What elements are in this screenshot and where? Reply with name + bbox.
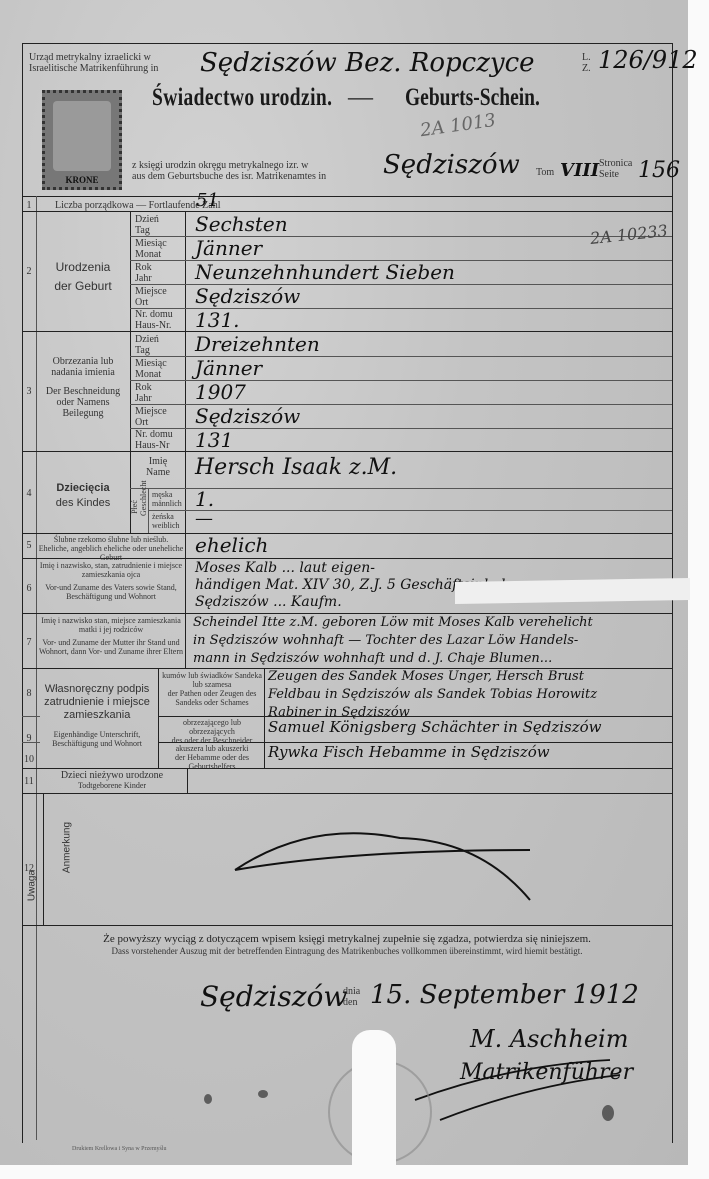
row-6-label-de: Vor-und Zuname des Vaters sowie Stand, B… — [38, 583, 184, 601]
row-1-value: 51 — [196, 190, 219, 211]
row-number: 10 — [24, 754, 34, 765]
field-value: Dreizehnten — [195, 332, 320, 356]
field-label: Nr. domuHaus-Nr. — [135, 309, 173, 331]
text-line: Scheindel Itte z.M. geboren Löw mit Mose… — [193, 614, 671, 632]
page-label: Stronica Seite — [599, 158, 632, 180]
ink-blot — [602, 1105, 614, 1121]
paper-tear — [352, 1030, 396, 1179]
printer-imprint: Drukiem Krellowa i Syna w Przemyślu — [72, 1146, 166, 1152]
row-10-value: Rywka Fisch Hebamme in Sędziszów — [268, 743, 550, 761]
row-divider — [22, 211, 672, 212]
field-label: DzieńTag — [135, 334, 159, 356]
text-line: mann in Sędziszów wohnhaft und d. J. Cha… — [193, 650, 671, 668]
column-divider — [187, 768, 188, 793]
row-11-label-pl: Dzieci nieżywo urodzone — [38, 770, 186, 781]
field-label: DzieńTag — [135, 214, 159, 236]
row-number: 7 — [24, 637, 34, 648]
row-divider — [22, 925, 672, 926]
text-line: Feldbau in Sędziszów als Sandek Tobias H… — [268, 686, 670, 704]
row-5-value: ehelich — [195, 533, 268, 557]
row-divider — [158, 716, 672, 717]
ink-blot — [258, 1090, 268, 1098]
row-3-label-pl: Obrzezania lub nadania imienia — [38, 356, 128, 378]
bottom-spacer — [22, 1140, 672, 1141]
page-value: 156 — [638, 158, 680, 183]
book-label-de: aus dem Geburtsbuche des isr. Matrikenam… — [132, 171, 382, 182]
text-line: in Sędziszów wohnhaft — Tochter des Laza… — [193, 632, 671, 650]
row-number: 4 — [24, 488, 34, 499]
circumciser-label: obrzezającego lub obrzezającychdes oder … — [160, 718, 264, 745]
row-8-label-pl: Własnoręczny podpis zatrudnienie i miejs… — [38, 683, 156, 722]
midwife-label: akuszera lub akuszerkider Hebamme oder d… — [160, 744, 264, 771]
row-7-label: Imię i nazwisko stan, miejsce zamieszkan… — [38, 616, 184, 656]
field-value: Sędziszów — [195, 404, 300, 428]
ink-blot — [204, 1094, 212, 1104]
field-value: Jänner — [195, 356, 262, 380]
row-6-label: Imię i nazwisko, stan, zatrudnienie i mi… — [38, 561, 184, 601]
field-label: Nr. domuHaus-Nr — [135, 429, 173, 451]
row-5-label-pl: Ślubne rzekomo ślubne lub nieślub. — [38, 535, 184, 544]
row-number: 8 — [24, 688, 34, 699]
row-number: 1 — [24, 200, 34, 211]
stamp-label: KRONE — [45, 175, 119, 185]
certification-de: Dass vorstehender Auszug mit der betreff… — [22, 946, 672, 956]
text-line: Moses Kalb ... laut eigen- — [195, 560, 665, 577]
row-number: 3 — [24, 386, 34, 397]
paper-tear — [455, 578, 690, 604]
issue-place: Sędziszów — [200, 980, 347, 1013]
top-border — [22, 43, 672, 44]
row-8-label-de: Eigenhändige Unterschrift, Beschäftigung… — [38, 730, 156, 748]
tom-label: Tom — [536, 167, 554, 178]
field-label: MiesiącMonat — [135, 358, 167, 380]
row-8-label: Własnoręczny podpis zatrudnienie i miejs… — [38, 683, 156, 722]
row-2-label-de: der Geburt — [38, 277, 128, 296]
title-de: Geburts-Schein. — [405, 84, 540, 112]
row-9-value: Samuel Königsberg Schächter in Sędziszów — [268, 718, 602, 736]
row-7-label-pl: Imię i nazwisko stan, miejsce zamieszkan… — [38, 616, 184, 634]
field-value: 131 — [195, 428, 233, 452]
field-label: RokJahr — [135, 382, 152, 404]
office-label-pl: Urząd metrykalny izraelicki w — [29, 52, 169, 63]
column-divider — [185, 533, 186, 668]
row-divider — [22, 451, 672, 452]
female-label: żeńskaweiblich — [152, 512, 180, 530]
book-label-pl: z księgi urodzin okręgu metrykalnego izr… — [132, 160, 382, 171]
row-2-label: Urodzenia der Geburt — [38, 258, 128, 296]
row-4-label-pl: Dziecięcia — [38, 481, 128, 496]
signature-primary: M. Aschheim — [470, 1025, 628, 1053]
lz-value: 126/912 — [598, 46, 698, 74]
left-border — [22, 43, 23, 1143]
row-3-label-de: Der Beschneidung oder Namens Beilegung — [38, 386, 128, 419]
strike-through-mark — [230, 820, 550, 910]
page-label-pl: Stronica — [599, 158, 632, 169]
field-divider — [148, 510, 672, 511]
office-value: Sędziszów Bez. Ropczyce — [200, 48, 535, 78]
row-7-value: Scheindel Itte z.M. geboren Löw mit Mose… — [193, 614, 671, 668]
office-label: Urząd metrykalny izraelicki w Israelitis… — [29, 52, 169, 74]
row-11-label: Dzieci nieżywo urodzone Todtgeborene Kin… — [38, 770, 186, 790]
tom-value: VIII — [560, 160, 599, 181]
torn-edge — [0, 1165, 709, 1179]
field-label: MiejsceOrt — [135, 406, 167, 428]
field-value: Sechsten — [195, 212, 288, 236]
row-6-label-pl: Imię i nazwisko, stan, zatrudnienie i mi… — [38, 561, 184, 579]
row-divider — [22, 331, 672, 332]
row-divider — [22, 196, 672, 197]
row-7-label-de: Vor- und Zuname der Mutter ihr Stand und… — [38, 638, 184, 656]
lz-label: L. Z. — [582, 52, 594, 74]
row-3-label: Obrzezania lub nadania imienia Der Besch… — [38, 356, 128, 419]
field-value: 1907 — [195, 380, 246, 404]
row-number: 5 — [24, 540, 34, 551]
row-8-value: Zeugen des Sandek Moses Unger, Hersch Br… — [268, 668, 670, 722]
title-separator: — — [348, 84, 373, 112]
field-label: MiejsceOrt — [135, 286, 167, 308]
text-line: Zeugen des Sandek Moses Unger, Hersch Br… — [268, 668, 670, 686]
column-divider — [43, 793, 44, 925]
row-2-label-pl: Urodzenia — [38, 258, 128, 277]
row-12-label-pl: Uwaga — [27, 846, 38, 926]
row-number: 6 — [24, 583, 34, 594]
certification-pl: Że powyższy wyciąg z dotyczącem wpisem k… — [22, 933, 672, 945]
sex-label: Płeć Geschlecht — [130, 498, 148, 516]
issue-date: 15. September 1912 — [370, 980, 639, 1010]
name-label: ImięName — [131, 456, 185, 478]
row-4-label-de: des Kindes — [38, 496, 128, 511]
field-label: MiesiącMonat — [135, 238, 167, 260]
row-number: 2 — [24, 266, 34, 277]
field-value: Jänner — [195, 236, 262, 260]
row-12-label-de: Anmerkung — [62, 808, 73, 888]
row-11-label-de: Todtgeborene Kinder — [38, 781, 186, 790]
field-value: Sędziszów — [195, 284, 300, 308]
field-value: 131. — [195, 308, 240, 332]
male-label: męskamännlich — [152, 490, 182, 508]
row-number: 11 — [24, 776, 34, 787]
female-value: — — [195, 508, 213, 529]
row-4-label: Dziecięcia des Kindes — [38, 481, 128, 511]
title-pl: Świadectwo urodzin. — [152, 84, 332, 112]
book-label: z księgi urodzin okręgu metrykalnego izr… — [132, 160, 382, 182]
column-divider — [264, 668, 265, 768]
column-divider — [158, 668, 159, 768]
revenue-stamp: KRONE — [42, 90, 122, 190]
row-5-label-de: Eheliche, angeblich eheliche oder unehel… — [38, 544, 184, 562]
witness-label: kumów lub świadków Sandeka lub szamesade… — [160, 671, 264, 707]
office-label-de: Israelitische Matrikenführung in — [29, 63, 169, 74]
field-label: RokJahr — [135, 262, 152, 284]
page-label-de: Seite — [599, 169, 632, 180]
book-value: Sędziszów — [383, 150, 520, 180]
torn-edge — [688, 0, 709, 1179]
signature-flourish — [410, 1055, 650, 1125]
row-divider — [22, 558, 672, 559]
field-value: Neunzehnhundert Sieben — [195, 260, 455, 284]
child-name: Hersch Isaak z.M. — [195, 455, 397, 480]
row-divider — [22, 793, 672, 794]
row-divider — [22, 533, 672, 534]
date-label: dniaden — [343, 986, 360, 1008]
row-divider — [22, 768, 672, 769]
